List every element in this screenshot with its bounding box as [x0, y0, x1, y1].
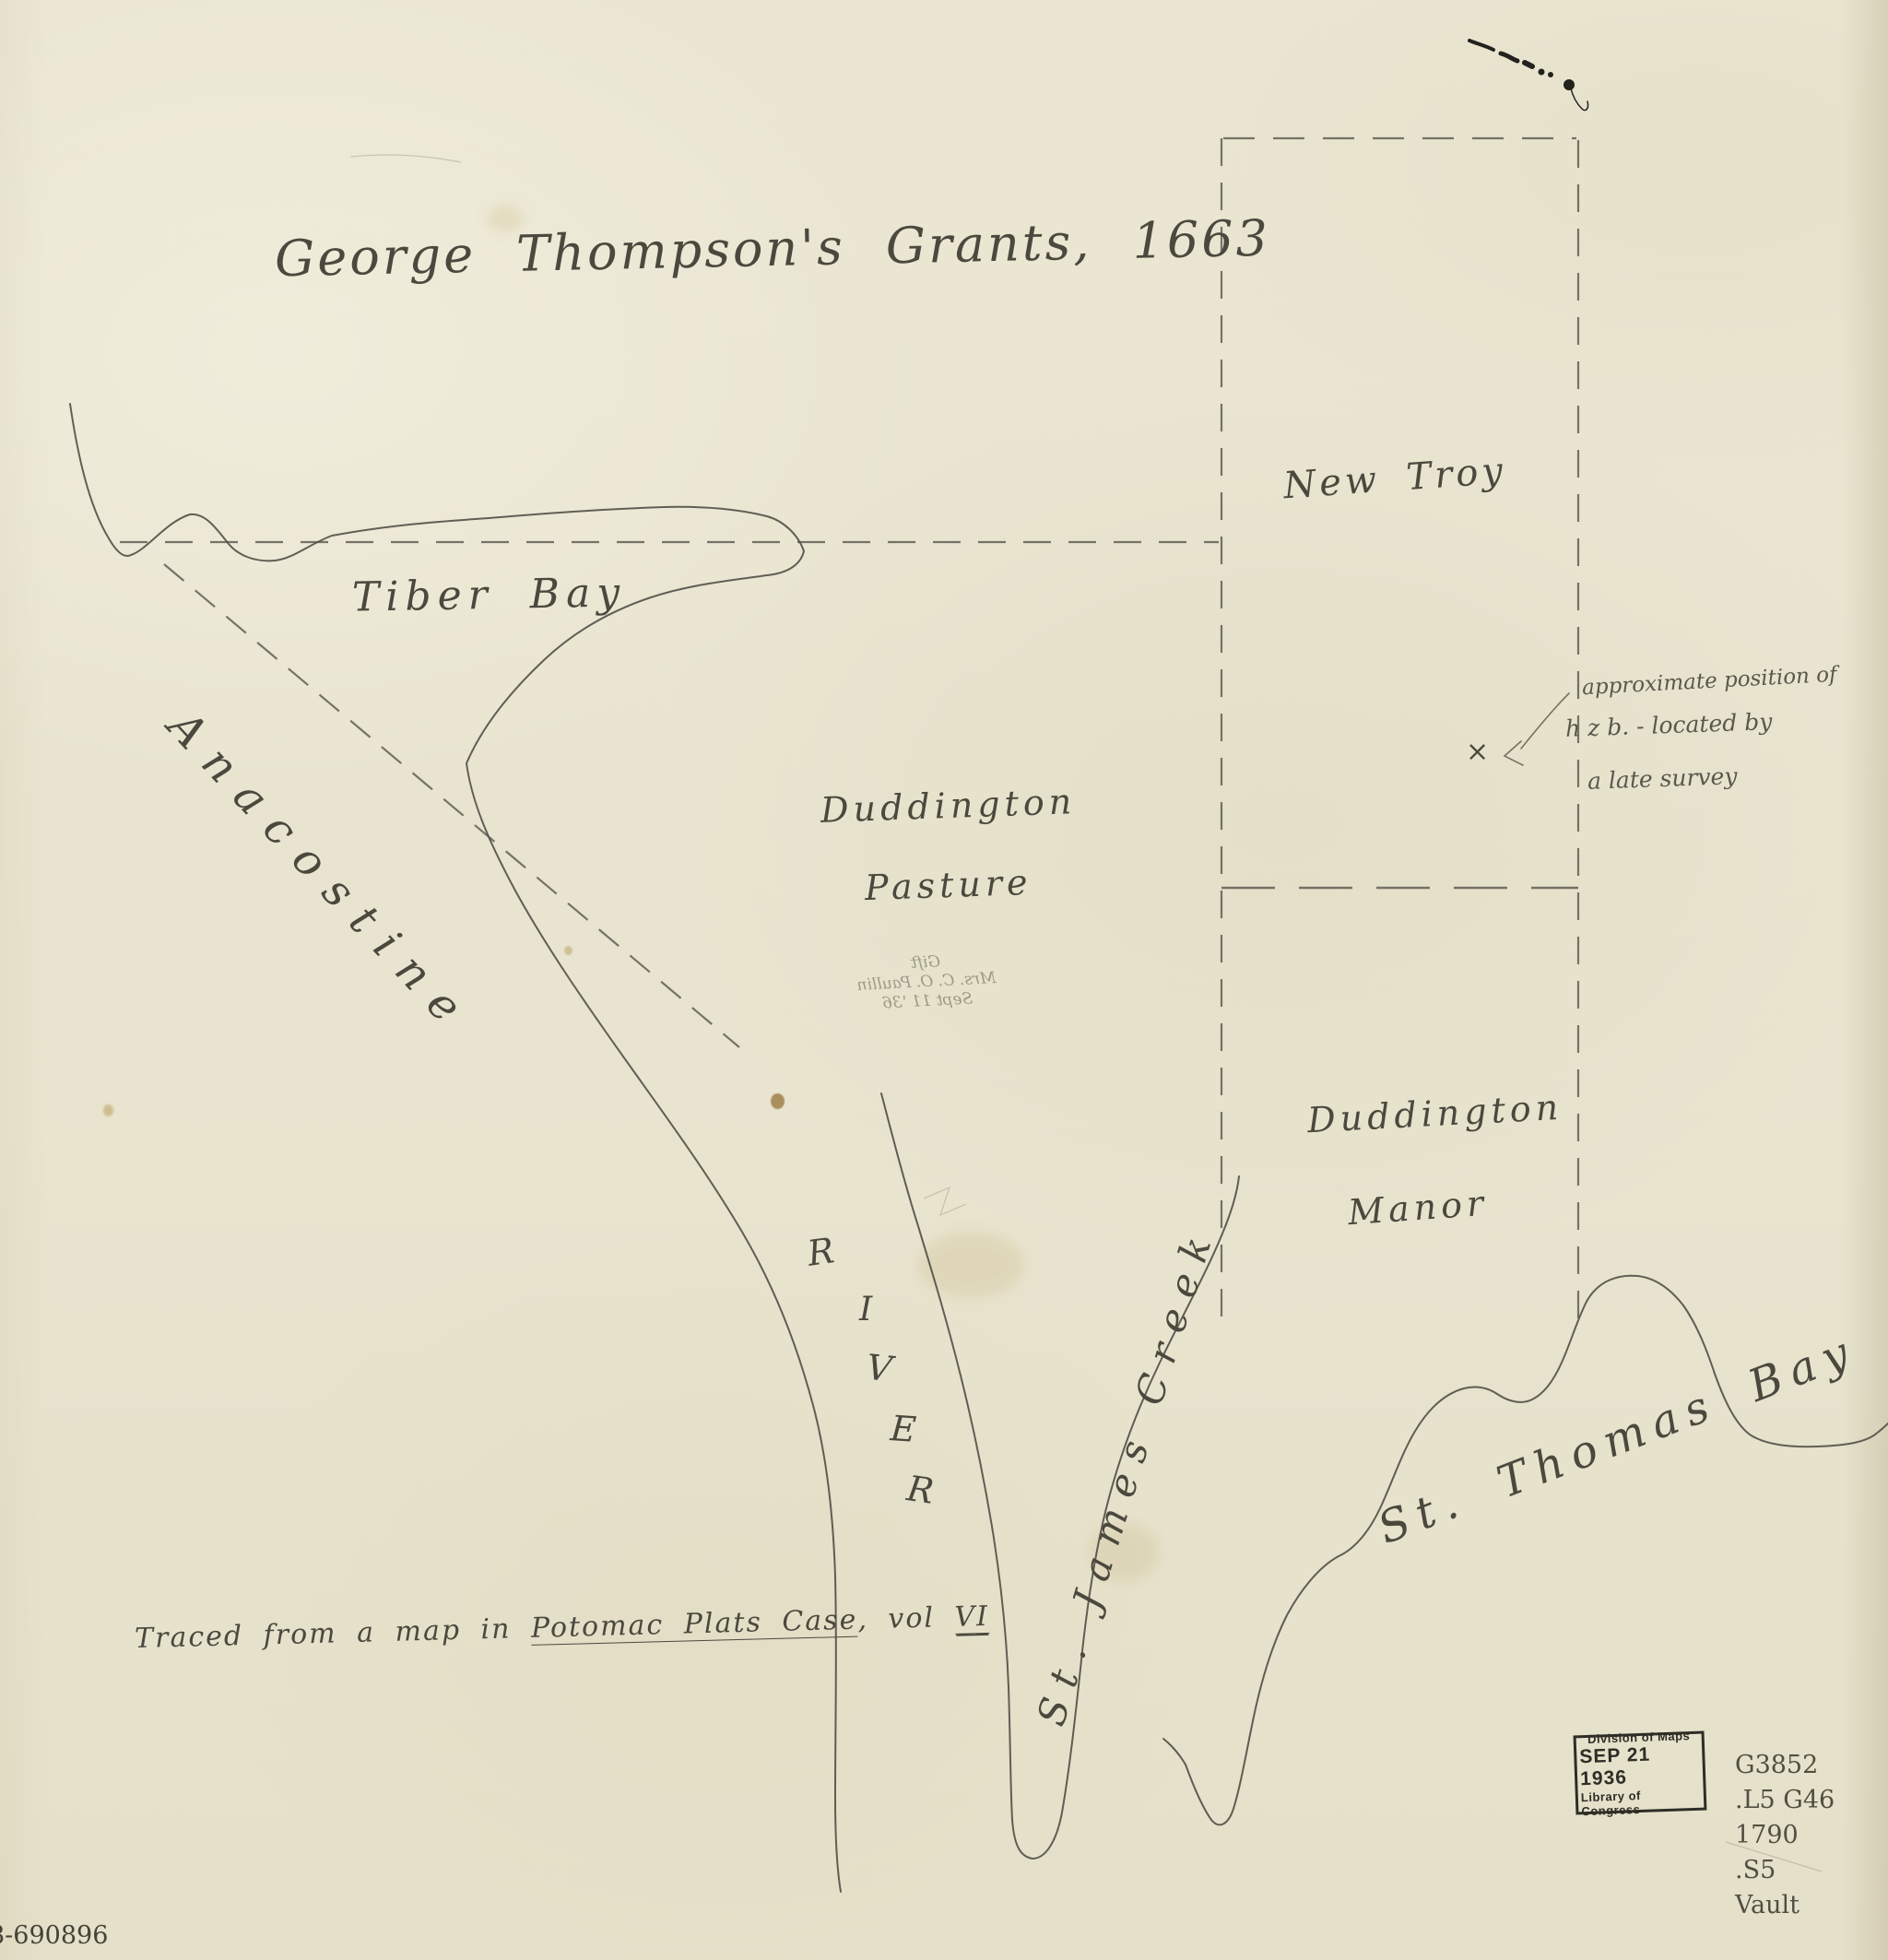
annotation-arrowhead — [1504, 741, 1523, 765]
call-number-line: 1790 — [1735, 1818, 1835, 1853]
call-number-line: .L5 G46 — [1735, 1783, 1835, 1818]
call-number-line: .S5 — [1735, 1853, 1835, 1888]
x-position-marker: × — [1466, 736, 1489, 768]
label-river-letter: V — [865, 1347, 894, 1390]
paper-scratch — [350, 155, 461, 162]
library-of-congress-stamp: Division of Maps SEP 21 1936 Library of … — [1574, 1731, 1707, 1815]
label-river-letter: R — [904, 1468, 936, 1512]
label-tiber-bay: Tiber Bay — [352, 569, 627, 620]
annotation-line3: a late survey — [1587, 762, 1738, 795]
label-river-letter: E — [889, 1408, 917, 1450]
annotation-arrow-curve — [1521, 693, 1569, 749]
ink-scribble — [1469, 41, 1588, 111]
label-river-letter: I — [859, 1291, 872, 1328]
corner-negative-number: 8-690896 — [0, 1921, 108, 1950]
gift-note-mirrored: Gift Mrs. C. O. Paullin Sept 11 '36 — [826, 948, 1026, 1016]
stamp-line3: Library of Congress — [1581, 1786, 1702, 1818]
call-number-line: G3852 — [1735, 1748, 1835, 1783]
call-number: G3852 .L5 G46 1790 .S5 Vault — [1735, 1748, 1835, 1923]
call-number-line: Vault — [1735, 1888, 1835, 1923]
source-note-volume: VI — [954, 1600, 989, 1635]
stamp-date: SEP 21 1936 — [1579, 1742, 1701, 1790]
label-river-letter: R — [805, 1230, 836, 1274]
source-note-mid: , vol — [857, 1601, 955, 1636]
paper-scratch — [924, 1187, 966, 1215]
label-duddington-pasture-line2: Pasture — [864, 862, 1032, 908]
coastline-and-river-west-bank — [70, 404, 841, 1892]
